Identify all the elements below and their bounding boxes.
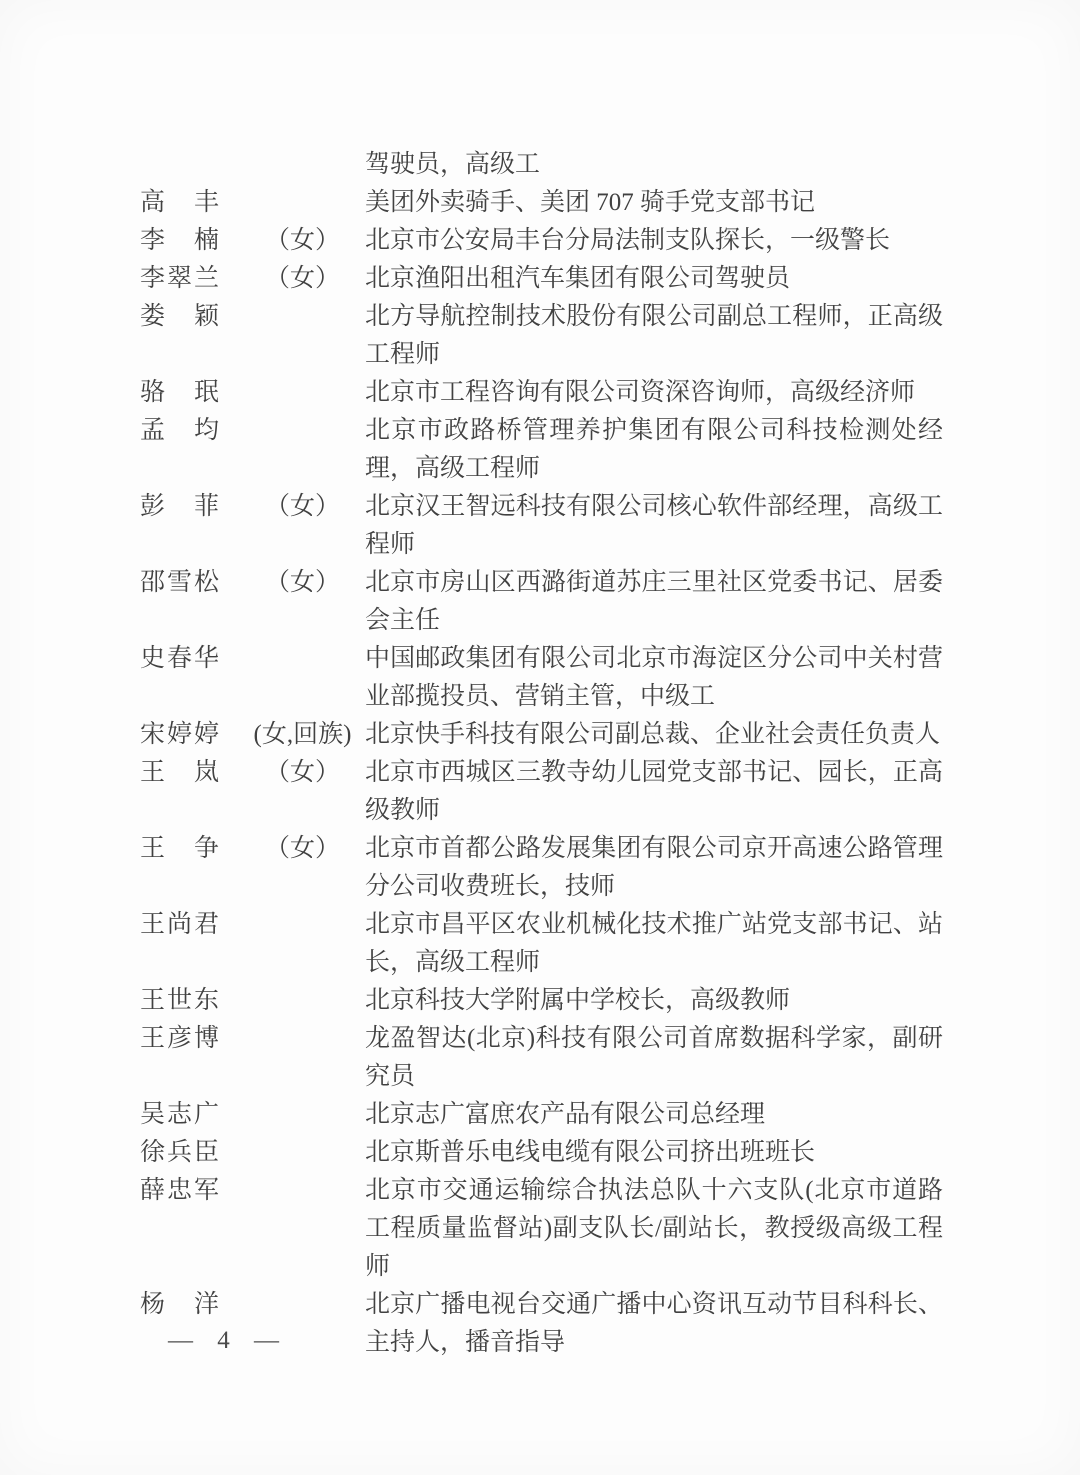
list-item: 王彦博 龙盈智达(北京)科技有限公司首席数据科学家，副研究员 xyxy=(140,1020,943,1096)
person-title: 美团外卖骑手、美团 707 骑手党支部书记 xyxy=(365,184,943,222)
gender-annotation: （女） xyxy=(240,260,365,298)
person-name: 王世东 xyxy=(140,982,240,1020)
person-title: 北京渔阳出租汽车集团有限公司驾驶员 xyxy=(365,260,943,298)
document-page: 驾驶员，高级工 高 丰 美团外卖骑手、美团 707 骑手党支部书记 李 楠 （女… xyxy=(0,0,1080,1475)
list-item: 驾驶员，高级工 xyxy=(140,146,943,184)
person-name: 邵雪松 xyxy=(140,564,240,602)
person-name: 彭 菲 xyxy=(140,488,240,526)
person-title: 北京广播电视台交通广播中心资讯互动节目科科长、主持人，播音指导 xyxy=(365,1286,943,1362)
gender-annotation: (女,回族) xyxy=(240,716,365,754)
person-title: 北京志广富庶农产品有限公司总经理 xyxy=(365,1096,943,1134)
person-name: 薛忠军 xyxy=(140,1172,240,1210)
person-name: 骆 珉 xyxy=(140,374,240,412)
list-item: 娄 颖 北方导航控制技术股份有限公司副总工程师，正高级工程师 xyxy=(140,298,943,374)
person-title: 北京市首都公路发展集团有限公司京开高速公路管理分公司收费班长，技师 xyxy=(365,830,943,906)
gender-annotation: （女） xyxy=(240,222,365,260)
person-title: 北京斯普乐电线电缆有限公司挤出班班长 xyxy=(365,1134,943,1172)
person-name: 孟 均 xyxy=(140,412,240,450)
person-name: 徐兵臣 xyxy=(140,1134,240,1172)
list-item: 吴志广 北京志广富庶农产品有限公司总经理 xyxy=(140,1096,943,1134)
person-title: 北京市公安局丰台分局法制支队探长，一级警长 xyxy=(365,222,943,260)
list-item: 骆 珉 北京市工程咨询有限公司资深咨询师，高级经济师 xyxy=(140,374,943,412)
person-title: 北京快手科技有限公司副总裁、企业社会责任负责人 xyxy=(365,716,943,754)
person-name: 吴志广 xyxy=(140,1096,240,1134)
list-item: 史春华 中国邮政集团有限公司北京市海淀区分公司中关村营业部揽投员、营销主管，中级… xyxy=(140,640,943,716)
person-title: 龙盈智达(北京)科技有限公司首席数据科学家，副研究员 xyxy=(365,1020,943,1096)
list-item: 王 岚 （女） 北京市西城区三教寺幼儿园党支部书记、园长，正高级教师 xyxy=(140,754,943,830)
person-name: 杨 洋 xyxy=(140,1286,240,1324)
list-item: 徐兵臣 北京斯普乐电线电缆有限公司挤出班班长 xyxy=(140,1134,943,1172)
person-title: 北方导航控制技术股份有限公司副总工程师，正高级工程师 xyxy=(365,298,943,374)
gender-annotation: （女） xyxy=(240,564,365,602)
list-item: 李 楠 （女） 北京市公安局丰台分局法制支队探长，一级警长 xyxy=(140,222,943,260)
person-title: 中国邮政集团有限公司北京市海淀区分公司中关村营业部揽投员、营销主管，中级工 xyxy=(365,640,943,716)
list-item: 李翠兰 （女） 北京渔阳出租汽车集团有限公司驾驶员 xyxy=(140,260,943,298)
person-title: 北京市政路桥管理养护集团有限公司科技检测处经理，高级工程师 xyxy=(365,412,943,488)
person-name: 王彦博 xyxy=(140,1020,240,1058)
person-title: 北京市西城区三教寺幼儿园党支部书记、园长，正高级教师 xyxy=(365,754,943,830)
person-title: 北京汉王智远科技有限公司核心软件部经理，高级工程师 xyxy=(365,488,943,564)
page-number: — 4 — xyxy=(168,1322,288,1360)
gender-annotation: （女） xyxy=(240,830,365,868)
list-item: 王尚君 北京市昌平区农业机械化技术推广站党支部书记、站长，高级工程师 xyxy=(140,906,943,982)
person-name: 宋婷婷 xyxy=(140,716,240,754)
list-item: 王世东 北京科技大学附属中学校长，高级教师 xyxy=(140,982,943,1020)
gender-annotation: （女） xyxy=(240,754,365,792)
person-title: 北京市工程咨询有限公司资深咨询师，高级经济师 xyxy=(365,374,943,412)
list-item: 邵雪松 （女） 北京市房山区西潞街道苏庄三里社区党委书记、居委会主任 xyxy=(140,564,943,640)
person-name: 李 楠 xyxy=(140,222,240,260)
person-title: 北京市房山区西潞街道苏庄三里社区党委书记、居委会主任 xyxy=(365,564,943,640)
list-item: 孟 均 北京市政路桥管理养护集团有限公司科技检测处经理，高级工程师 xyxy=(140,412,943,488)
list-item: 高 丰 美团外卖骑手、美团 707 骑手党支部书记 xyxy=(140,184,943,222)
person-name: 王尚君 xyxy=(140,906,240,944)
person-title: 北京市昌平区农业机械化技术推广站党支部书记、站长，高级工程师 xyxy=(365,906,943,982)
person-title: 北京市交通运输综合执法总队十六支队(北京市道路工程质量监督站)副支队长/副站长，… xyxy=(365,1172,943,1286)
person-name: 史春华 xyxy=(140,640,240,678)
person-title: 驾驶员，高级工 xyxy=(365,146,943,184)
person-name: 王 岚 xyxy=(140,754,240,792)
person-name: 娄 颖 xyxy=(140,298,240,336)
honor-roll-list: 驾驶员，高级工 高 丰 美团外卖骑手、美团 707 骑手党支部书记 李 楠 （女… xyxy=(140,146,943,1362)
person-name: 王 争 xyxy=(140,830,240,868)
list-item: 宋婷婷 (女,回族) 北京快手科技有限公司副总裁、企业社会责任负责人 xyxy=(140,716,943,754)
list-item: 彭 菲 （女） 北京汉王智远科技有限公司核心软件部经理，高级工程师 xyxy=(140,488,943,564)
list-item: 王 争 （女） 北京市首都公路发展集团有限公司京开高速公路管理分公司收费班长，技… xyxy=(140,830,943,906)
person-name: 李翠兰 xyxy=(140,260,240,298)
gender-annotation: （女） xyxy=(240,488,365,526)
person-name: 高 丰 xyxy=(140,184,240,222)
list-item: 薛忠军 北京市交通运输综合执法总队十六支队(北京市道路工程质量监督站)副支队长/… xyxy=(140,1172,943,1286)
person-title: 北京科技大学附属中学校长，高级教师 xyxy=(365,982,943,1020)
